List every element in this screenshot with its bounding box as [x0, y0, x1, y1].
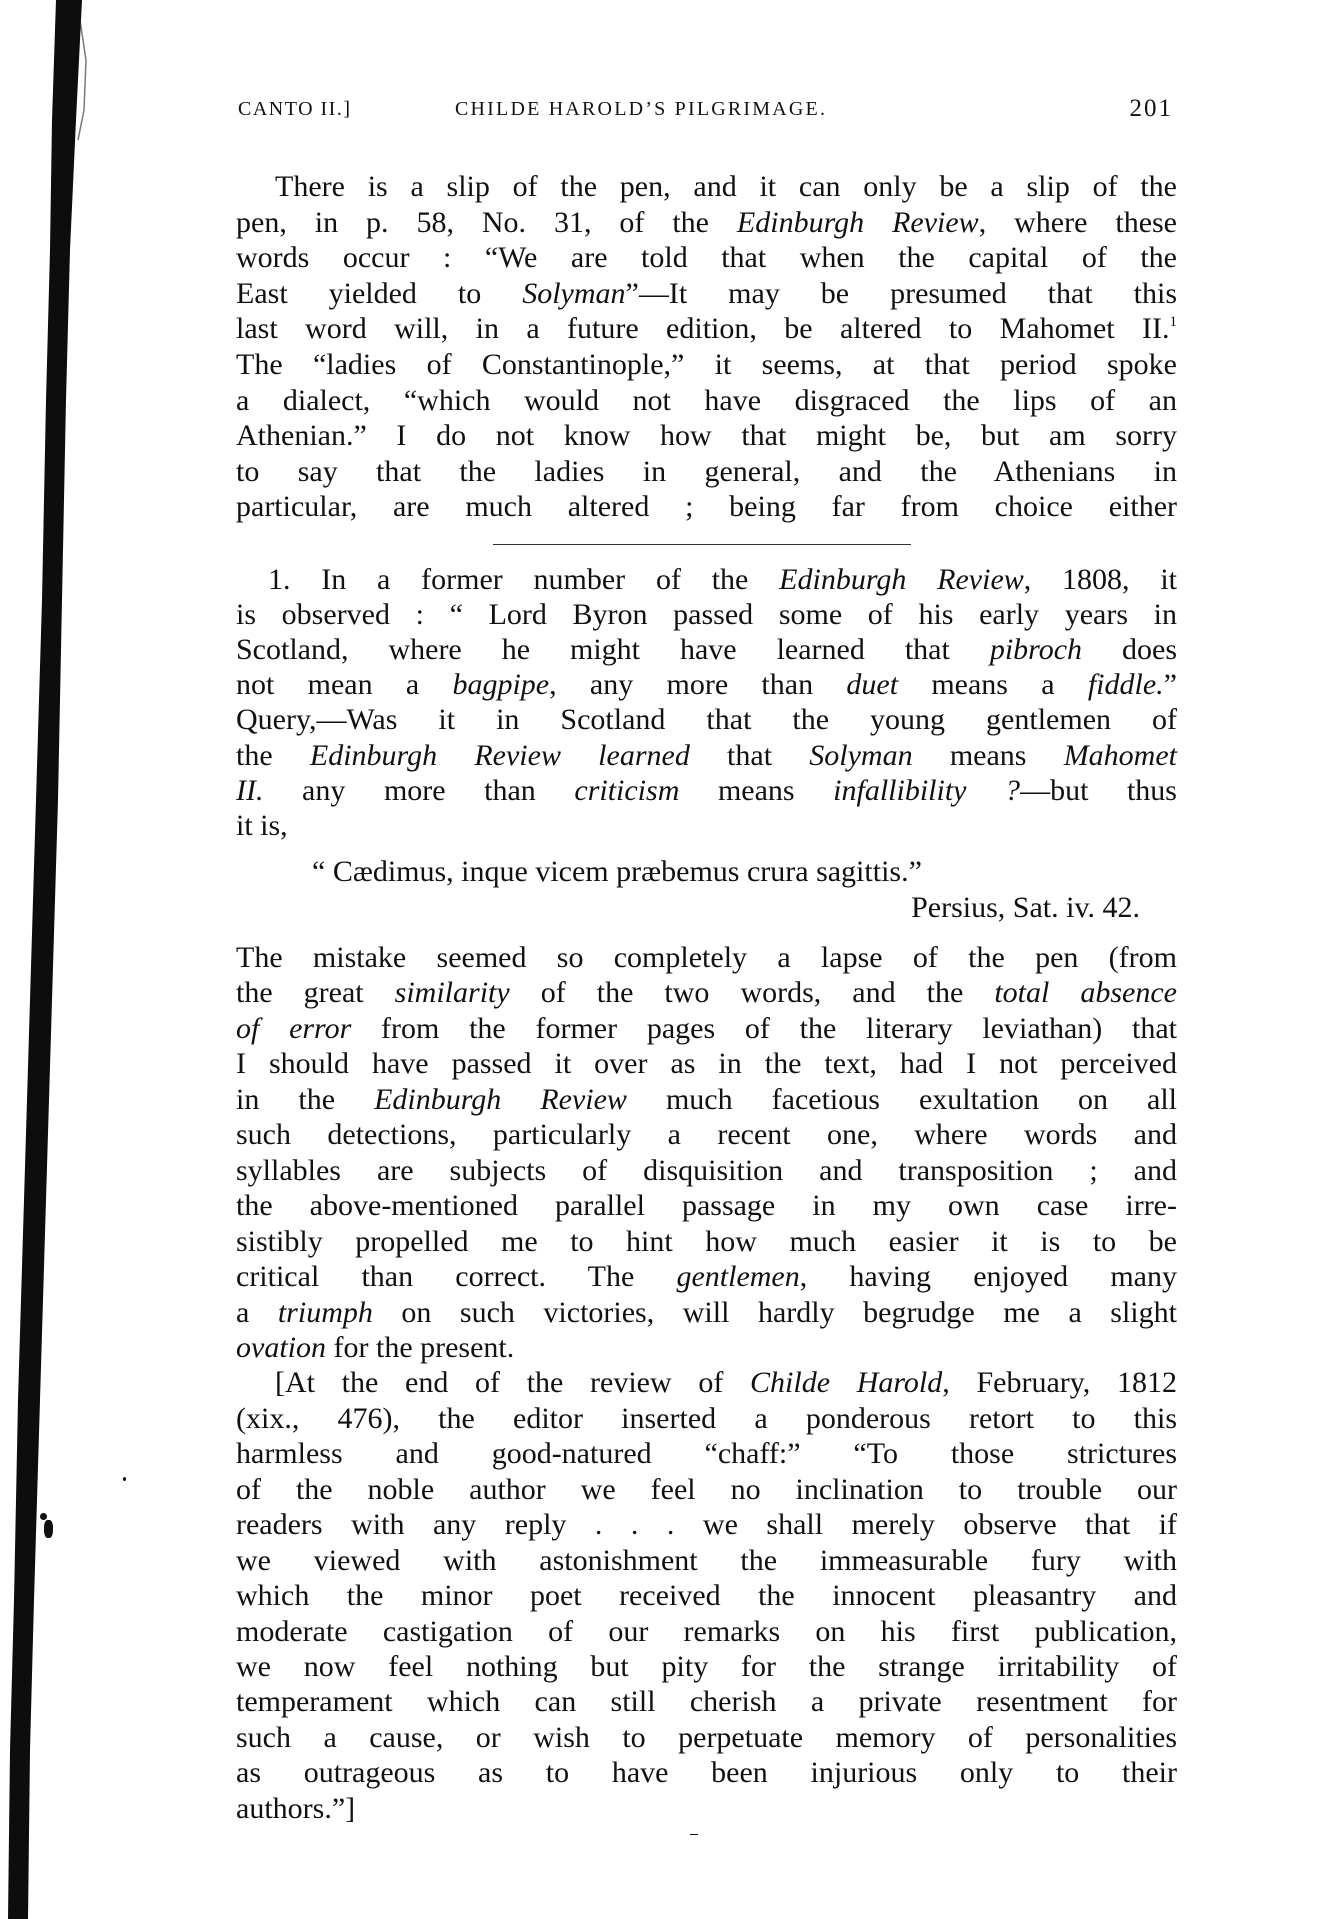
page-speck [40, 1513, 47, 1520]
footnote-line: II. any more than criticism means infall… [236, 773, 1177, 809]
italic-text: duet [846, 668, 898, 701]
header-title: CHILDE HAROLD’S PILGRIMAGE. [455, 98, 827, 121]
text-line: There is a slip of the pen, and it can o… [275, 169, 1177, 205]
page-speck [690, 1834, 698, 1835]
footnote-rule [493, 544, 911, 545]
footnote-reference: 1 [1170, 314, 1178, 330]
latin-quotation: “ Cædimus, inque vicem præbemus crura sa… [312, 854, 922, 890]
text-line: I should have passed it over as in the t… [236, 1046, 1177, 1082]
text-line: last word will, in a future edition, be … [236, 311, 1177, 347]
page-number: 201 [1130, 95, 1174, 123]
binding-shadow-edge [0, 0, 90, 1919]
text-line: of error from the former pages of the li… [236, 1011, 1177, 1047]
italic-text: Edinburgh Review [779, 563, 1024, 596]
footnote-line: Query,—Was it in Scotland that the young… [236, 702, 1177, 738]
book-page: CANTO II.] CHILDE HAROLD’S PILGRIMAGE. 2… [0, 0, 1322, 1919]
italic-text: Solyman [809, 739, 912, 772]
footnote-line: it is, [236, 808, 1177, 844]
italic-text: II. [236, 774, 263, 807]
page-speck [123, 1477, 126, 1481]
text-line: The “ladies of Constantinople,” it seems… [236, 347, 1177, 383]
text-line: a triumph on such victories, will hardly… [236, 1295, 1177, 1331]
italic-text: total absence [994, 976, 1177, 1009]
text-line: (xix., 476), the editor inserted a ponde… [236, 1401, 1177, 1437]
text-line: The mistake seemed so completely a lapse… [236, 940, 1177, 976]
text-line: which the minor poet received the innoce… [236, 1578, 1177, 1614]
text-line: sistibly propelled me to hint how much e… [236, 1224, 1177, 1260]
italic-text: triumph [278, 1296, 373, 1329]
italic-text: infallibility ? [833, 774, 1020, 807]
text-line: to say that the ladies in general, and t… [236, 454, 1177, 490]
text-line: moderate castigation of our remarks on h… [236, 1614, 1177, 1650]
text-line: of the noble author we feel no inclinati… [236, 1472, 1177, 1508]
italic-text: criticism [574, 774, 679, 807]
text-line: the great similarity of the two words, a… [236, 975, 1177, 1011]
text-line: such a cause, or wish to perpetuate memo… [236, 1720, 1177, 1756]
text-line: as outrageous as to have been injurious … [236, 1755, 1177, 1791]
text-line: a dialect, “which would not have disgrac… [236, 383, 1177, 419]
footnote-line: 1. In a former number of the Edinburgh R… [268, 562, 1177, 598]
italic-text: Solyman [522, 277, 625, 310]
text-line: temperament which can still cherish a pr… [236, 1684, 1177, 1720]
footnote-line: is observed : “ Lord Byron passed some o… [236, 597, 1177, 633]
page-speck [44, 1520, 53, 1538]
italic-text: Childe Harold [750, 1366, 942, 1399]
italic-text: gentlemen [676, 1260, 799, 1293]
text-line: readers with any reply . . . we shall me… [236, 1507, 1177, 1543]
quotation-attribution: Persius, Sat. iv. 42. [911, 890, 1140, 926]
text-line: authors.”] [236, 1791, 1177, 1827]
italic-text: Edinburgh Review [374, 1083, 627, 1116]
text-line: critical than correct. The gentlemen, ha… [236, 1259, 1177, 1295]
text-line: Athenian.” I do not know how that might … [236, 418, 1177, 454]
text-line: pen, in p. 58, No. 31, of the Edinburgh … [236, 205, 1177, 241]
text-line: [At the end of the review of Childe Haro… [275, 1365, 1177, 1401]
text-line: we now feel nothing but pity for the str… [236, 1649, 1177, 1685]
italic-text: pibroch [990, 633, 1082, 666]
italic-text: Mahomet [1064, 739, 1177, 772]
text-line: such detections, particularly a recent o… [236, 1117, 1177, 1153]
running-header: CANTO II.] CHILDE HAROLD’S PILGRIMAGE. 2… [236, 98, 1177, 130]
text-line: we viewed with astonishment the immeasur… [236, 1543, 1177, 1579]
italic-text: Edinburgh Review [737, 206, 979, 239]
text-line: syllables are subjects of disquisition a… [236, 1153, 1177, 1189]
header-canto: CANTO II.] [238, 98, 352, 121]
footnote-line: Scotland, where he might have learned th… [236, 632, 1177, 668]
text-line: harmless and good-natured “chaff:” “To t… [236, 1436, 1177, 1472]
italic-text: fiddle. [1088, 668, 1164, 701]
footnote-line: the Edinburgh Review learned that Solyma… [236, 738, 1177, 774]
text-line: the above-mentioned parallel passage in … [236, 1188, 1177, 1224]
italic-text: Sat. [1013, 891, 1059, 924]
italic-text: bagpipe [452, 668, 549, 701]
italic-text: ovation [236, 1331, 326, 1364]
footnote-line: not mean a bagpipe, any more than duet m… [236, 667, 1177, 703]
italic-text: Edinburgh Review learned [310, 739, 690, 772]
text-line: East yielded to Solyman”—It may be presu… [236, 276, 1177, 312]
text-line: in the Edinburgh Review much facetious e… [236, 1082, 1177, 1118]
text-line: ovation for the present. [236, 1330, 1177, 1366]
italic-text: of error [236, 1012, 351, 1045]
text-line: words occur : “We are told that when the… [236, 240, 1177, 276]
text-line: particular, are much altered ; being far… [236, 489, 1177, 525]
italic-text: similarity [395, 976, 510, 1009]
